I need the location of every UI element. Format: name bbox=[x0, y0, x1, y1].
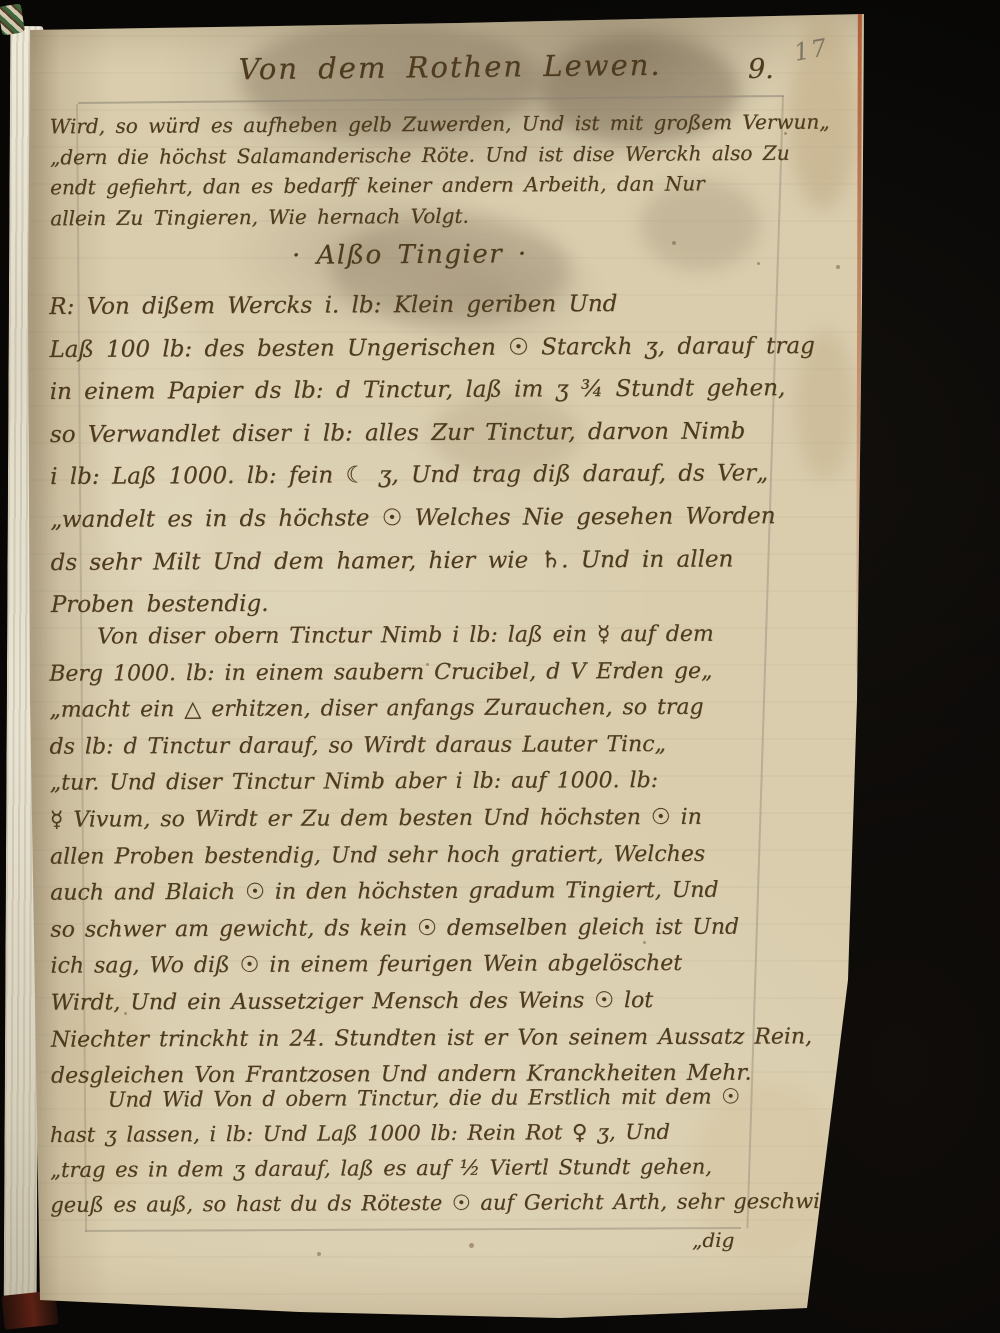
manuscript-line: ich sag, Wo diß ☉ in einem feurigen Wein… bbox=[50, 946, 812, 986]
manuscript-line: auch and Blaich ☉ in den höchsten gradum… bbox=[50, 872, 812, 912]
catchword: „dig bbox=[692, 1228, 734, 1252]
manuscript-line: „trag es in dem ʒ darauf, laß es auf ½ V… bbox=[50, 1149, 812, 1188]
page-title: Von dem Rothen Lewen. bbox=[235, 48, 665, 87]
paragraph-1: Wird, so würd es aufheben gelb Zuwerden,… bbox=[50, 107, 813, 234]
ruling-bottom-line bbox=[85, 1227, 741, 1232]
fox-spot bbox=[469, 1243, 474, 1248]
folio-number-ink: 9. bbox=[748, 54, 774, 85]
manuscript-line: endt gefiehrt, dan es bedarff keiner and… bbox=[50, 168, 812, 203]
manuscript-line: in einem Papier ds lb: d Tinctur, laß im… bbox=[50, 367, 812, 414]
section-heading: · Alßo Tingier · bbox=[292, 239, 528, 271]
manuscript-line: ☿ Vivum, so Wirdt er Zu dem besten Und h… bbox=[50, 799, 812, 839]
folio-number-pencil: 17 bbox=[792, 33, 831, 67]
fox-spot bbox=[757, 262, 760, 265]
manuscript-line: „dern die höchst Salamanderische Röte. U… bbox=[50, 137, 812, 172]
manuscript-line: R: Von dißem Wercks i. lb: Klein geriben… bbox=[49, 282, 811, 329]
manuscript-line: „tur. Und diser Tinctur Nimb aber i lb: … bbox=[50, 763, 812, 803]
manuscript-line: „macht ein △ erhitzen, diser anfangs Zur… bbox=[49, 690, 811, 730]
manuscript-line: ds lb: d Tinctur darauf, so Wirdt daraus… bbox=[49, 726, 811, 766]
manuscript-line: geuß es auß, so hast du ds Röteste ☉ auf… bbox=[50, 1184, 812, 1223]
photograph-backdrop: Von dem Rothen Lewen. 9. 17 Wird, so wür… bbox=[0, 0, 1000, 1333]
manuscript-line: Von diser obern Tinctur Nimb i lb: laß e… bbox=[49, 616, 811, 656]
manuscript-line: i lb: Laß 1000. lb: fein ☾ ʒ, Und trag d… bbox=[50, 452, 812, 499]
manuscript-page: Von dem Rothen Lewen. 9. 17 Wird, so wür… bbox=[0, 0, 1000, 1333]
paragraph-3: Von diser obern Tinctur Nimb i lb: laß e… bbox=[49, 616, 813, 1095]
manuscript-line: Laß 100 lb: des besten Ungerischen ☉ Sta… bbox=[49, 325, 811, 372]
manuscript-line: Wird, so würd es aufheben gelb Zuwerden,… bbox=[50, 107, 812, 142]
manuscript-line: Wirdt, Und ein Aussetziger Mensch des We… bbox=[51, 982, 813, 1022]
fox-spot bbox=[672, 241, 676, 245]
fox-spot bbox=[836, 265, 840, 269]
manuscript-line: Berg 1000. lb: in einem saubern Crucibel… bbox=[49, 653, 811, 693]
paragraph-4: Und Wid Von d obern Tinctur, die du Erst… bbox=[50, 1079, 813, 1223]
manuscript-line: so Verwandlet diser i lb: alles Zur Tinc… bbox=[50, 410, 812, 457]
headband-decoration bbox=[0, 3, 25, 35]
manuscript-line: Niechter trinckht in 24. Stundten ist er… bbox=[51, 1019, 813, 1059]
manuscript-line: „wandelt es in ds höchste ☉ Welches Nie … bbox=[50, 495, 812, 542]
manuscript-line: so schwer am gewicht, ds kein ☉ demselbe… bbox=[50, 909, 812, 949]
manuscript-line: hast ʒ lassen, i lb: Und Laß 1000 lb: Re… bbox=[50, 1114, 812, 1153]
red-fore-edge bbox=[856, 13, 862, 673]
paragraph-2: R: Von dißem Wercks i. lb: Klein geriben… bbox=[49, 282, 813, 627]
manuscript-line: allein Zu Tingieren, Wie hernach Volgt. bbox=[50, 198, 812, 233]
manuscript-line: allen Proben bestendig, Und sehr hoch gr… bbox=[50, 836, 812, 876]
manuscript-line: Und Wid Von d obern Tinctur, die du Erst… bbox=[50, 1079, 812, 1118]
manuscript-line: ds sehr Milt Und dem hamer, hier wie ♄. … bbox=[50, 538, 812, 585]
fox-spot bbox=[317, 1252, 321, 1256]
